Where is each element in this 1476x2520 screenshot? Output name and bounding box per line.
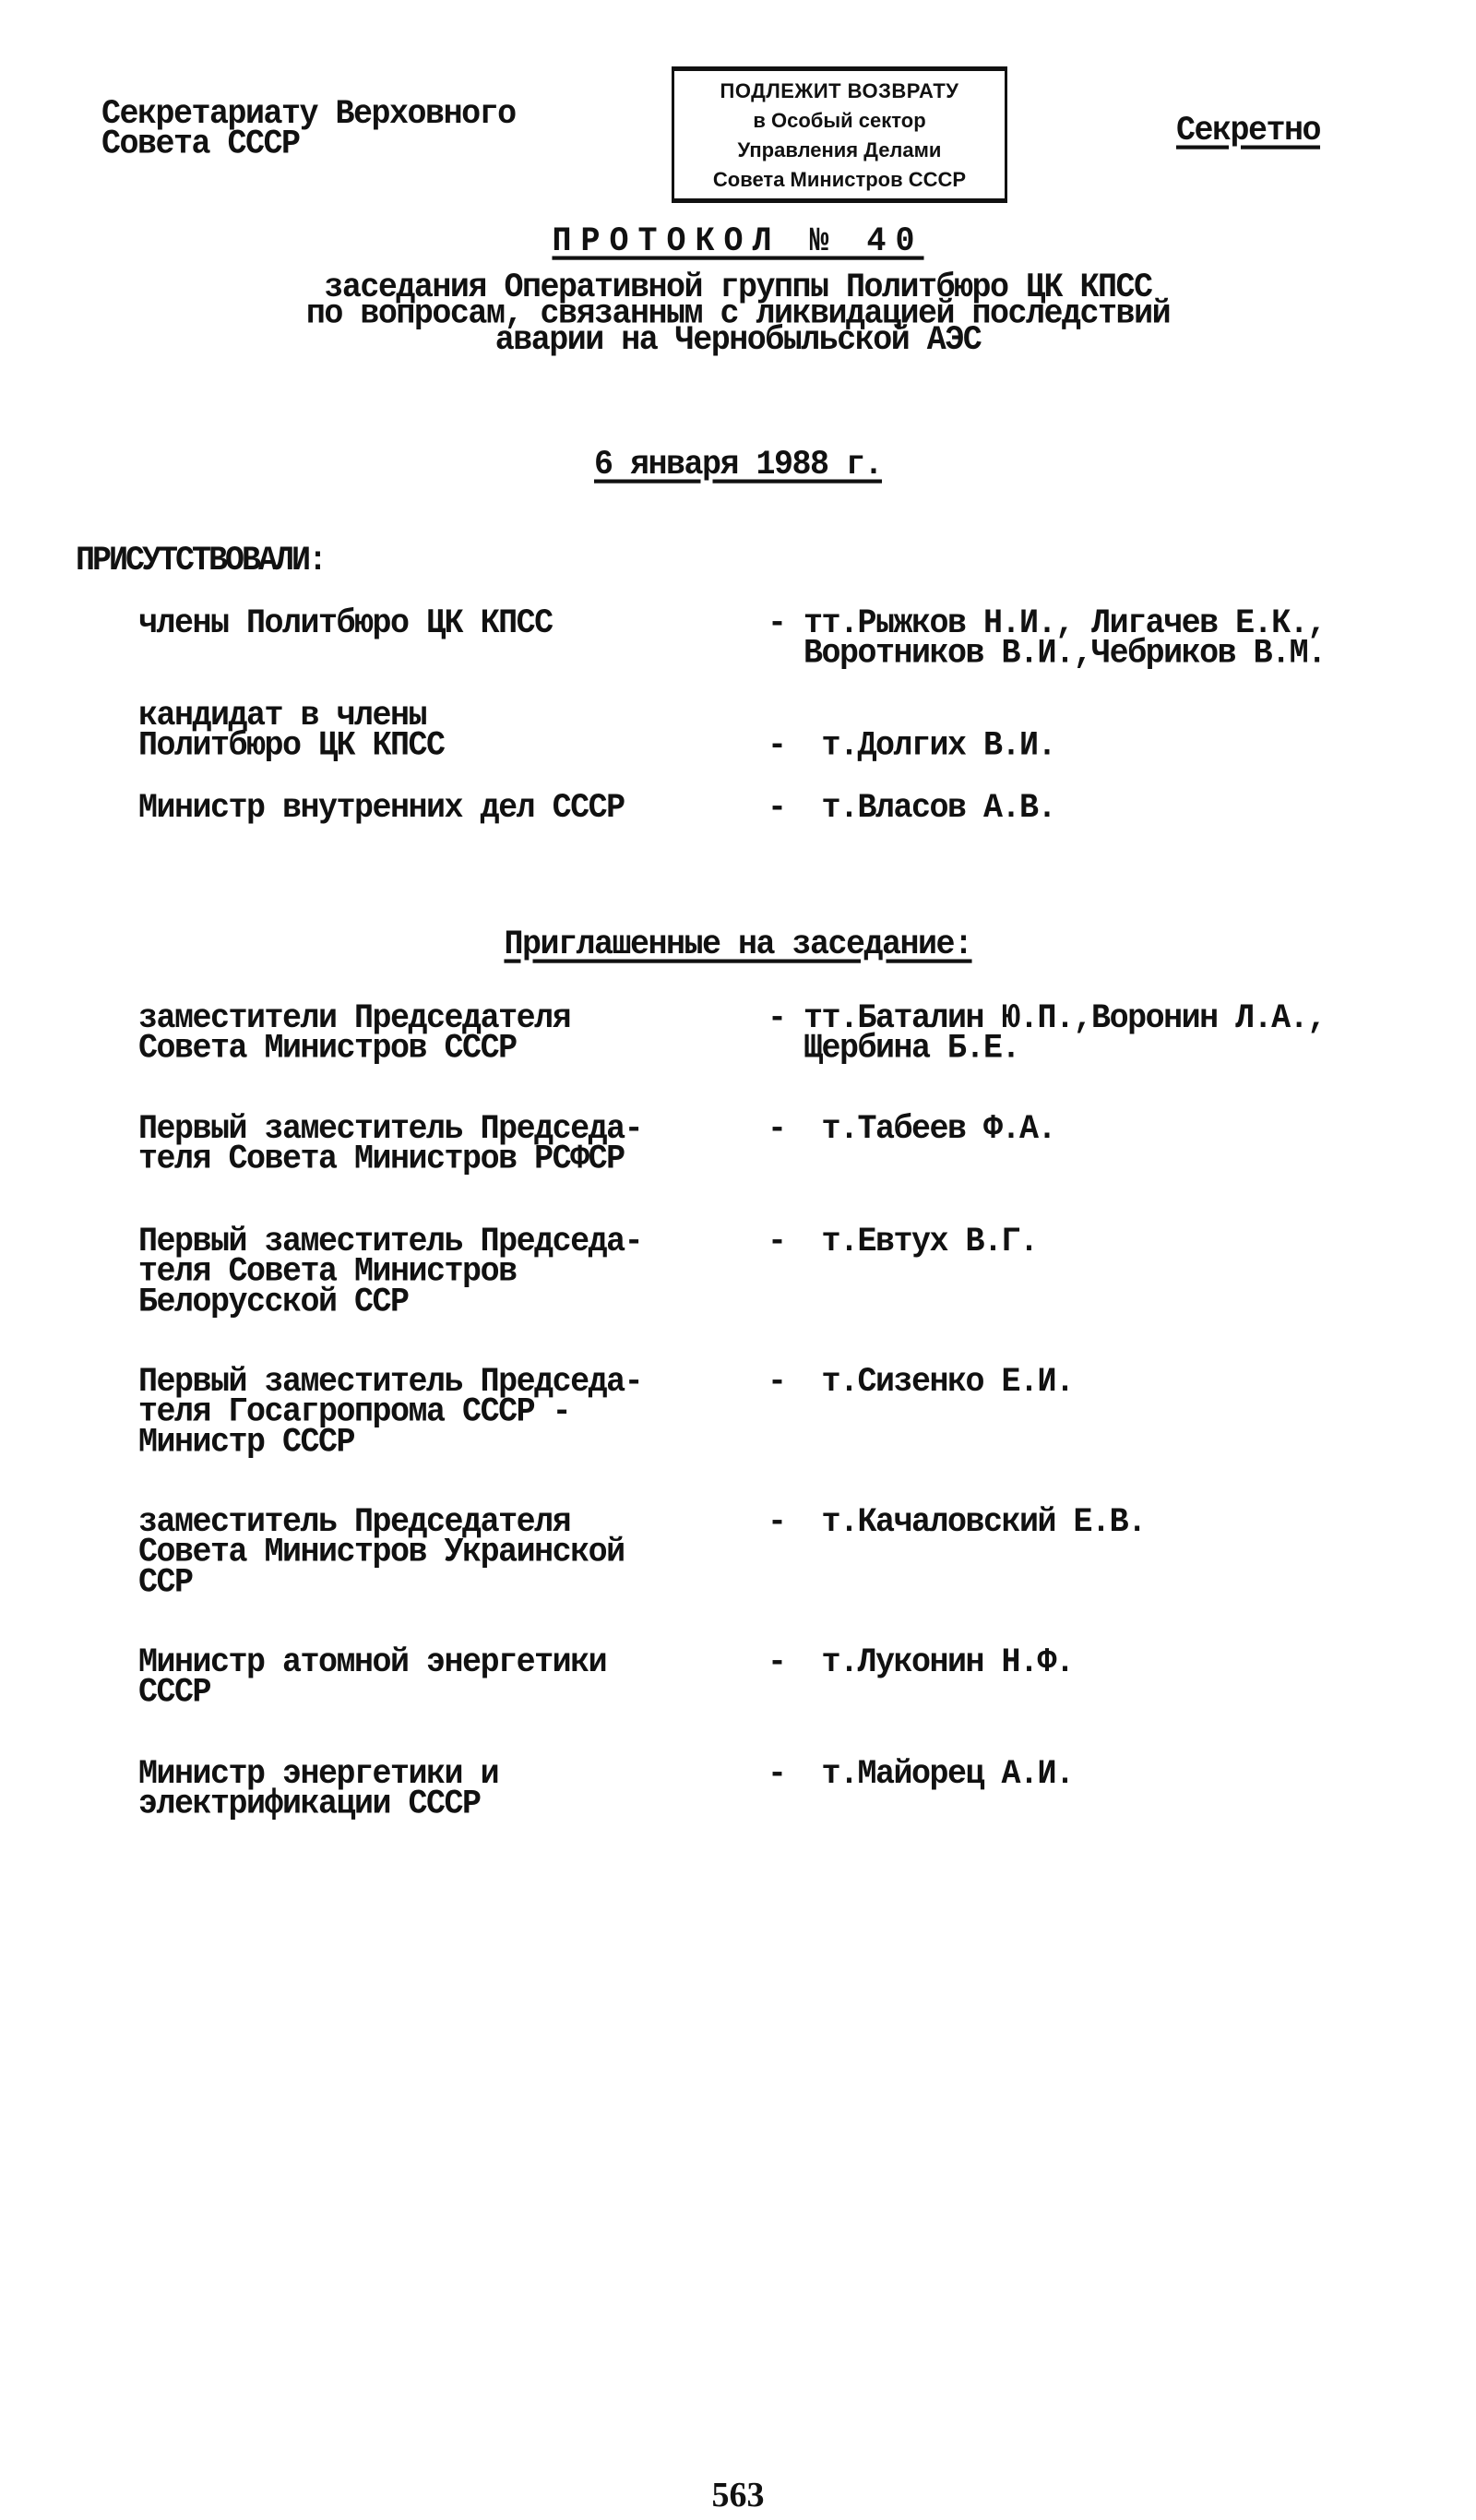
page-number: 563 [0,2475,1476,2515]
invited-names: - т.Качаловский Е.В. [768,1508,1146,1538]
invited-role: Первый заместитель Председа- теля Госагр… [138,1367,642,1458]
meeting-date: 6 января 1988 г. [0,450,1476,481]
present-role: члены Политбюро ЦК КПСС [138,609,553,639]
present-heading: ПРИСУТСТВОВАЛИ: [76,546,325,577]
stamp-line: в Особый сектор [753,107,925,134]
invited-heading-text: Приглашенные на заседание: [504,926,971,964]
invited-role: заместители Председателя Совета Министро… [138,1004,570,1064]
protocol-title: ПРОТОКОЛ № 40 [0,227,1476,257]
stamp-line: Управления Делами [738,137,942,163]
addressee: Секретариату Верховного Совета СССР [101,100,516,160]
classification-mark: Секретно [1176,116,1320,147]
invited-names: - т.Сизенко Е.И. [768,1367,1074,1398]
present-role: Министр внутренних дел СССР [138,794,625,824]
protocol-title-text: ПРОТОКОЛ № 40 [552,222,923,261]
invited-role: Министр атомной энергетики СССР [138,1648,606,1708]
invited-role: заместитель Председателя Совета Министро… [138,1508,625,1598]
present-names: - тт.Рыжков Н.И., Лигачев Е.К., Воротник… [768,609,1326,669]
present-names: - т.Долгих В.И. [768,701,1055,761]
stamp-line: Совета Министров СССР [713,166,966,193]
protocol-subtitle: заседания Оперативной группы Политбюро Ц… [0,275,1476,353]
invited-role: Первый заместитель Председа- теля Совета… [138,1227,642,1318]
invited-names: - т.Майорец А.И. [768,1760,1074,1790]
invited-role: Первый заместитель Председа- теля Совета… [138,1115,642,1175]
invited-names: - т.Табеев Ф.А. [768,1115,1055,1145]
invited-role: Министр энергетики и электрификации СССР [138,1760,498,1820]
return-stamp: ПОДЛЕЖИТ ВОЗВРАТУ в Особый сектор Управл… [672,66,1007,203]
present-names: - т.Власов А.В. [768,794,1055,824]
invited-heading: Приглашенные на заседание: [0,930,1476,961]
present-role: кандидат в члены Политбюро ЦК КПСС [138,701,445,761]
stamp-line: ПОДЛЕЖИТ ВОЗВРАТУ [720,78,959,104]
meeting-date-text: 6 января 1988 г. [594,446,882,484]
invited-names: - тт.Баталин Ю.П.,Воронин Л.А., Щербина … [768,1004,1326,1064]
invited-names: - т.Евтух В.Г. [768,1227,1038,1258]
invited-names: - т.Луконин Н.Ф. [768,1648,1074,1678]
